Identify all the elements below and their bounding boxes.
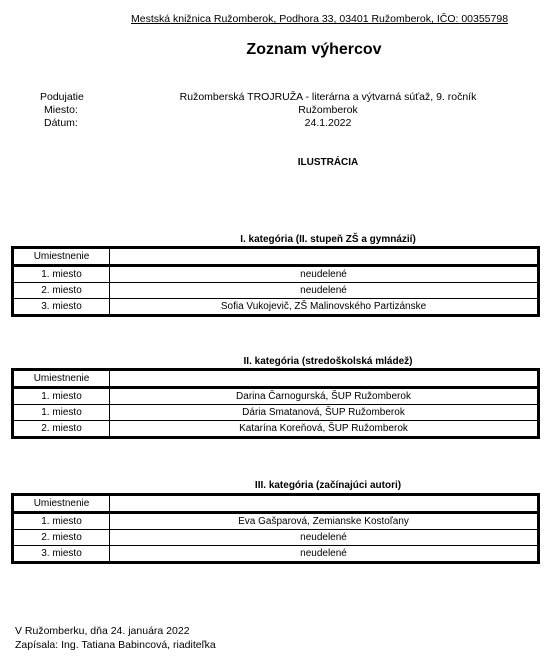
- winner-cell: neudelené: [110, 266, 539, 283]
- category-3-title: III. kategória (začínajúci autori): [108, 480, 548, 491]
- event-label: Podujatie: [40, 91, 84, 103]
- table-header-row: Umiestnenie: [13, 495, 539, 513]
- winner-header: [110, 370, 539, 388]
- placement-cell: 3. miesto: [13, 546, 110, 563]
- table-header-row: Umiestnenie: [13, 370, 539, 388]
- placement-header: Umiestnenie: [13, 370, 110, 388]
- table-header-row: Umiestnenie: [13, 248, 539, 266]
- winner-cell: Eva Gašparová, Zemianske Kostoľany: [110, 513, 539, 530]
- table-row: 1. miesto Darina Čarnogurská, ŠUP Ružomb…: [13, 388, 539, 405]
- category-2-title: II. kategória (stredoškolská mládež): [108, 356, 548, 367]
- footer-recorded-by: Zapísala: Ing. Tatiana Babincová, riadit…: [15, 639, 216, 651]
- winner-cell: neudelené: [110, 530, 539, 546]
- organization-header: Mestská knižnica Ružomberok, Podhora 33,…: [131, 13, 508, 25]
- section-title: ILUSTRÁCIA: [108, 157, 548, 168]
- placement-cell: 3. miesto: [13, 299, 110, 316]
- placement-cell: 1. miesto: [13, 388, 110, 405]
- category-3-table: Umiestnenie 1. miesto Eva Gašparová, Zem…: [11, 493, 540, 564]
- date-label: Dátum:: [44, 117, 78, 129]
- event-value: Ružomberská TROJRUŽA - literárna a výtva…: [108, 91, 548, 103]
- category-2-table: Umiestnenie 1. miesto Darina Čarnogurská…: [11, 368, 540, 439]
- placement-cell: 1. miesto: [13, 266, 110, 283]
- category-1-title: I. kategória (II. stupeň ZŠ a gymnázií): [108, 234, 548, 245]
- winner-cell: Dária Smatanová, ŠUP Ružomberok: [110, 405, 539, 421]
- date-value: 24.1.2022: [108, 117, 548, 129]
- placement-header: Umiestnenie: [13, 495, 110, 513]
- table-row: 1. miesto Eva Gašparová, Zemianske Kosto…: [13, 513, 539, 530]
- placement-cell: 1. miesto: [13, 513, 110, 530]
- winner-header: [110, 248, 539, 266]
- winner-cell: Sofia Vukojevič, ZŠ Malinovského Partizá…: [110, 299, 539, 316]
- winner-header: [110, 495, 539, 513]
- table-row: 3. miesto Sofia Vukojevič, ZŠ Malinovské…: [13, 299, 539, 316]
- winner-cell: Darina Čarnogurská, ŠUP Ružomberok: [110, 388, 539, 405]
- table-row: 2. miesto neudelené: [13, 530, 539, 546]
- placement-cell: 1. miesto: [13, 405, 110, 421]
- table-row: 3. miesto neudelené: [13, 546, 539, 563]
- place-label: Miesto:: [44, 104, 78, 116]
- table-row: 1. miesto neudelené: [13, 266, 539, 283]
- placement-header: Umiestnenie: [13, 248, 110, 266]
- placement-cell: 2. miesto: [13, 530, 110, 546]
- winner-cell: neudelené: [110, 283, 539, 299]
- placement-cell: 2. miesto: [13, 421, 110, 438]
- footer-place-date: V Ružomberku, dňa 24. januára 2022: [15, 625, 190, 637]
- place-value: Ružomberok: [108, 104, 548, 116]
- category-1-table: Umiestnenie 1. miesto neudelené 2. miest…: [11, 246, 540, 317]
- placement-cell: 2. miesto: [13, 283, 110, 299]
- winner-cell: neudelené: [110, 546, 539, 563]
- page-title: Zoznam výhercov: [0, 41, 558, 59]
- table-row: 1. miesto Dária Smatanová, ŠUP Ružombero…: [13, 405, 539, 421]
- table-row: 2. miesto neudelené: [13, 283, 539, 299]
- winner-cell: Katarína Koreňová, ŠUP Ružomberok: [110, 421, 539, 438]
- table-row: 2. miesto Katarína Koreňová, ŠUP Ružombe…: [13, 421, 539, 438]
